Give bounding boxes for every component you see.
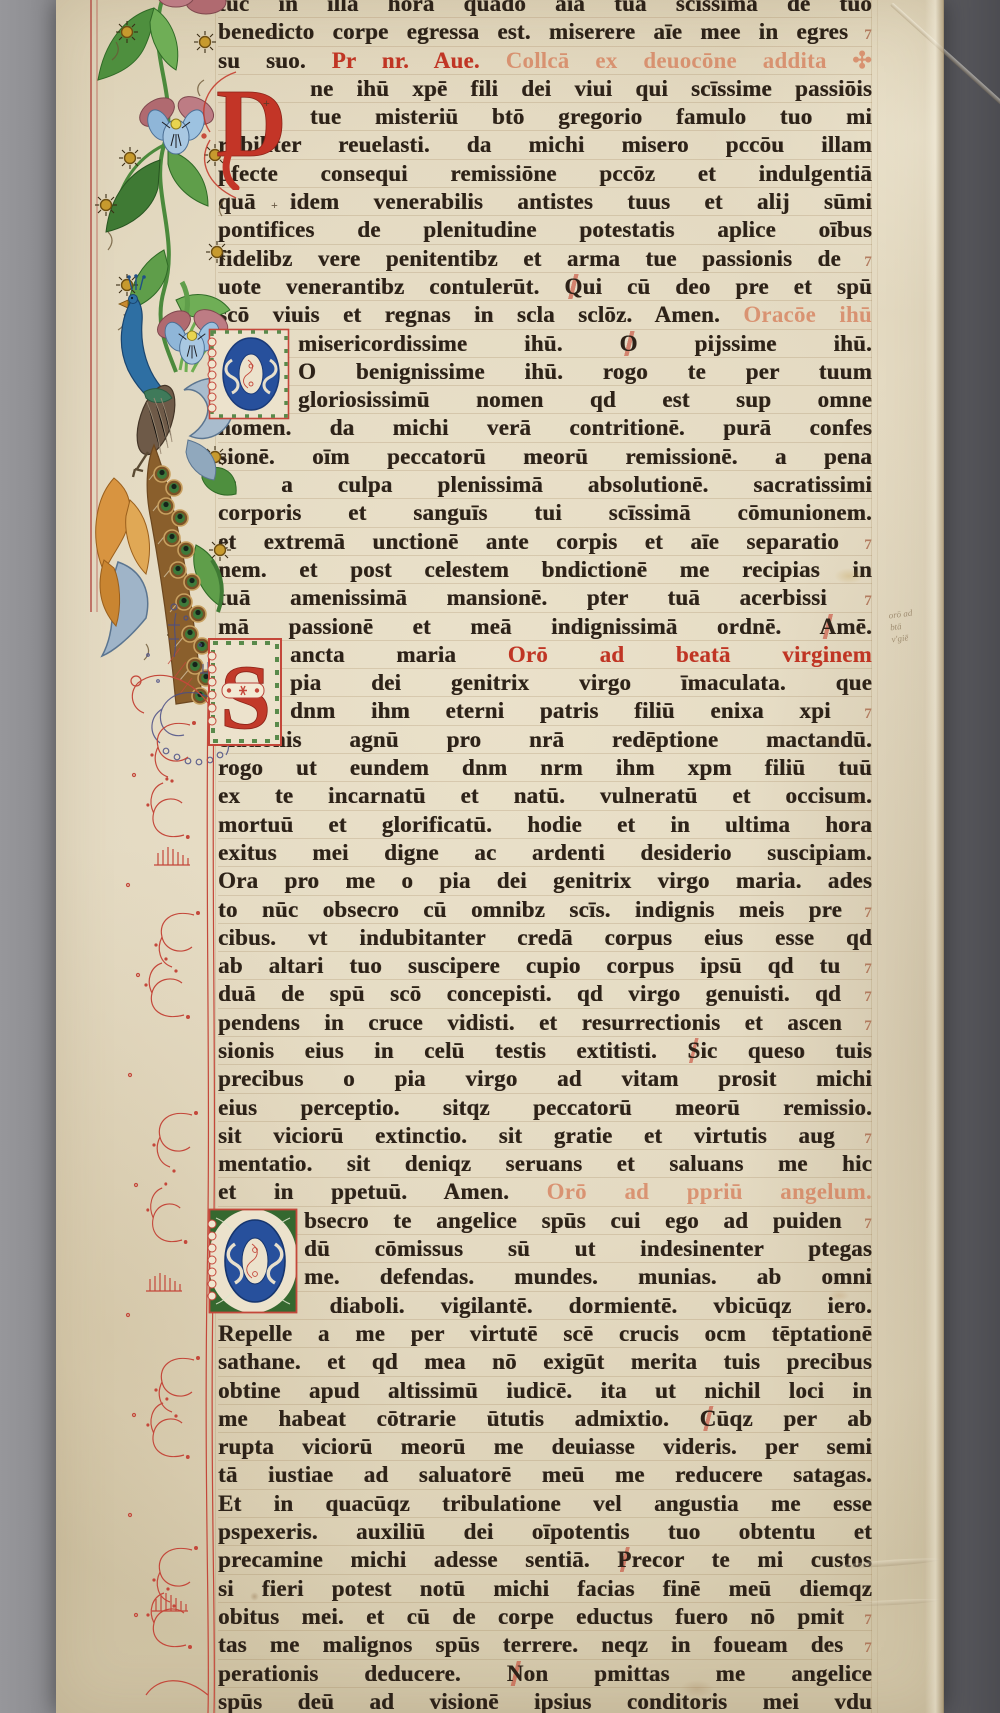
text-line: to nūc obsecro cū omnibz scīs. indignis … [218, 896, 872, 924]
text-line: pfecte consequi remissiōne pccōz et indu… [218, 160, 872, 188]
body-text: Q [564, 274, 582, 299]
body-text: P [617, 1547, 631, 1572]
body-text: N [507, 1661, 524, 1686]
page-edge [925, 0, 944, 1713]
text-line: precamine michi adesse sentiā. Precor te… [218, 1546, 872, 1574]
penwork-flourish-red [127, 675, 215, 1713]
text-line: incursu diaboli. vigilantē. dormientē. v… [218, 1292, 872, 1320]
body-text: eius perceptio. sitqz peccatorū meorū re… [218, 1095, 872, 1120]
body-text: dnm ihm eterni patris filiū enixa xpi [290, 698, 831, 723]
text-line: ab altari tuo suscipere cupio corpus ips… [218, 952, 872, 980]
text-line: si fieri potest notū michi facias finē m… [218, 1575, 872, 1603]
body-text: 7 [842, 1216, 872, 1232]
text-line: rupta viciorū meorū me deuiasse videris.… [218, 1433, 872, 1461]
body-text: 7 [827, 593, 872, 609]
body-text: sionis eius in celū testis extitisti. [218, 1038, 687, 1063]
text-line: tā iustiae ad saluatorē meū me reducere … [218, 1461, 872, 1489]
stain [250, 1592, 259, 1601]
text-column: tūc in illa hora quādo aīa tua scīssima … [218, 0, 872, 1713]
text-line: precibus o pia virgo ad vitam prosit mic… [218, 1065, 872, 1093]
text-line: sionē. oīm peccatorū meorū remissionē. a… [218, 443, 872, 471]
text-line: me. defendas. mundes. munias. ab omni [218, 1263, 872, 1291]
body-text: pontifices de plenitudine potestatis apl… [218, 217, 872, 242]
body-text: sionē. oīm peccatorū meorū remissionē. a… [218, 444, 872, 469]
body-text: dū cōmissus sū ut indesinenter ptegas [304, 1236, 872, 1261]
body-text: et in ppetuū. Amen. [218, 1179, 547, 1204]
text-line: spūs deū ad visionē ipsius conditoris me… [218, 1688, 872, 1713]
body-text: pfecte consequi remissiōne pccōz et indu… [218, 161, 872, 186]
body-text: ancta maria [290, 642, 508, 667]
text-line: nem. et post celestem bndictionē me reci… [218, 556, 872, 584]
body-text: gloriosissimū nomen qd est sup omne [298, 387, 872, 412]
text-line: eius perceptio. sitqz peccatorū meorū re… [218, 1094, 872, 1122]
text-line: Ora pro me o pia dei genitrix virgo mari… [218, 867, 872, 895]
body-text: benedicto corpe egressa est. miserere aī… [218, 19, 848, 44]
body-text: S [687, 1038, 700, 1063]
body-text: 7 [842, 1018, 872, 1034]
text-line: et a culpa plenissimā absolutionē. sacra… [218, 471, 872, 499]
body-text: sathane. et qd mea nō exigūt merita tuis… [218, 1349, 872, 1374]
text-line: bsecro te angelice spūs cui ego ad puide… [218, 1207, 872, 1235]
body-text: Ora pro me o pia dei genitrix virgo mari… [218, 868, 872, 893]
body-text: O [620, 331, 638, 356]
text-line: rabiliter reuelasti. da michi misero pcc… [218, 131, 872, 159]
text-line: corporis et sanguīs tui scīssimā cōmunio… [218, 499, 872, 527]
body-text: 7 [843, 1640, 872, 1656]
text-line: gloriosissimū nomen qd est sup omne [218, 386, 872, 414]
body-text: mentatio. sit deniqz seruans et saluans … [218, 1151, 872, 1176]
body-text: obtine apud altissimū iudicē. ita ut nic… [218, 1378, 872, 1403]
corrector-mark: + [271, 198, 278, 213]
text-line: et in ppetuū. Amen. Orō ad ppriū angelum… [218, 1178, 872, 1206]
text-line: Repelle a me per virtutē scē crucis ocm … [218, 1320, 872, 1348]
body-text: Et in quacūqz tribulatione vel angustia … [218, 1491, 872, 1516]
body-text: A [819, 614, 836, 639]
text-line: sionis eius in celū testis extitisti. Si… [218, 1037, 872, 1065]
corrector-mark: + [266, 28, 273, 43]
body-text: precibus o pia virgo ad vitam prosit mic… [218, 1066, 872, 1091]
body-text: pijssime ihū. [638, 331, 872, 356]
body-text: exitus mei digne ac ardenti desiderio su… [218, 840, 872, 865]
text-line: su suo. Pr nr. Aue. Collcā ex deuocōne a… [218, 47, 872, 75]
body-text: 7 [839, 537, 872, 553]
body-text: ab altari tuo suscipere cupio corpus ips… [218, 953, 840, 978]
body-text: recor te mi custos [632, 1547, 872, 1572]
body-text: precamine michi adesse sentiā. [218, 1547, 617, 1572]
body-text: 7 [844, 1612, 872, 1628]
body-text: rogo ut eundem dnm nrm ihm xpm filiū tuū [218, 755, 872, 780]
text-line: perationis deducere. Non pmittas me ange… [218, 1660, 872, 1688]
body-text: tue misteriū btō gregorio famulo tuo mi [310, 104, 872, 129]
body-text: tā iustiae ad saluatorē meū me reducere … [218, 1462, 872, 1487]
body-text: sit viciorū extinctio. sit gratie et vir… [218, 1123, 835, 1148]
text-line: mā passionē et meā indignissimā ordnē. A… [218, 613, 872, 641]
initial-d: D [214, 68, 306, 190]
body-text: mortuū et glorificatū. hodie et in ultim… [218, 812, 872, 837]
photo-backdrop-right [944, 0, 1000, 1713]
body-text: 7 [841, 254, 872, 270]
text-line: uote venerantibz contulerūt. Qui cū deo … [218, 273, 872, 301]
corrector-mark: + [263, 96, 270, 111]
text-line: tuā amenissimā mansionē. pter tuā acerbi… [218, 584, 872, 612]
text-line: me habeat cōtrarie ūtutis admixtio. Cūqz… [218, 1405, 872, 1433]
text-line: misericordissime ihū. O pijssime ihū. [218, 330, 872, 358]
stain [828, 736, 839, 747]
stain [834, 568, 864, 584]
body-text: nem. et post celestem bndictionē me reci… [218, 557, 872, 582]
text-line: tue misteriū btō gregorio famulo tuo mi [218, 103, 872, 131]
text-line: Et in quacūqz tribulatione vel angustia … [218, 1490, 872, 1518]
body-text: uote venerantibz contulerūt. [218, 274, 564, 299]
ruling-right-2 [877, 0, 878, 1713]
text-line: dū cōmissus sū ut indesinenter ptegas [218, 1235, 872, 1263]
rubric-text: Orō ad beatā virginem [508, 642, 872, 667]
text-line: ne ihū xpē fili dei viui qui scīssime pa… [218, 75, 872, 103]
text-line: ancta maria Orō ad beatā virginem [218, 641, 872, 669]
text-line: et extremā unctionē ante corpis et aīe s… [218, 528, 872, 556]
body-text: fidelibz vere penitentibz et arma tue pa… [218, 246, 841, 271]
text-line: sit viciorū extinctio. sit gratie et vir… [218, 1122, 872, 1150]
rubric-text: Orō ad ppriū angelum. [547, 1179, 872, 1204]
text-line: mortuū et glorificatū. hodie et in ultim… [218, 811, 872, 839]
stain [850, 795, 863, 805]
text-line: mentatio. sit deniqz seruans et saluans … [218, 1150, 872, 1178]
text-line: O benignissime ihū. rogo te per tuum [218, 358, 872, 386]
body-text: scō viuis et regnas in scla sclōz. Amen. [218, 302, 743, 327]
stain [828, 1290, 850, 1301]
body-text: rupta viciorū meorū me deuiasse videris.… [218, 1434, 872, 1459]
text-line: fidelibz vere penitentibz et arma tue pa… [218, 245, 872, 273]
text-line: nomen. da michi verā contritionē. purā c… [218, 414, 872, 442]
body-text: ciationis agnū pro nrā redēptione mactan… [218, 727, 872, 752]
text-line: pendens in cruce vidisti. et resurrectio… [218, 1009, 872, 1037]
text-line: sathane. et qd mea nō exigūt merita tuis… [218, 1348, 872, 1376]
body-text: bsecro te angelice spūs cui ego ad puide… [304, 1208, 842, 1233]
body-text: ne ihū xpē fili dei viui qui scīssime pa… [310, 76, 872, 101]
body-text: 7 [841, 989, 872, 1005]
body-text: mā passionē et meā indignissimā ordnē. [218, 614, 819, 639]
body-text: mē. [836, 614, 872, 639]
body-text: ui cū deo pre et spū [582, 274, 872, 299]
body-text: 7 [842, 905, 872, 921]
text-line: pia dei genitrix virgo īmaculata. que [218, 669, 872, 697]
text-line: ciationis agnū pro nrā redēptione mactan… [218, 726, 872, 754]
body-text: me. defendas. mundes. munias. ab omni [304, 1264, 872, 1289]
body-text: ex te incarnatū et natū. vulneratū et oc… [218, 783, 872, 808]
body-text: rabiliter reuelasti. da michi misero pcc… [218, 132, 872, 157]
body-text: pspexeris. auxiliū dei oīpotentis tuo ob… [218, 1519, 872, 1544]
body-text: misericordissime ihū. [298, 331, 620, 356]
body-text: spūs deū ad visionē ipsius conditoris me… [218, 1689, 872, 1713]
rubric-text: Pr nr. Aue. [332, 48, 506, 73]
text-line: tas me malignos spūs terrere. neqz in fo… [218, 1631, 872, 1659]
text-line: quā idem venerabilis antistes tuus et al… [218, 188, 872, 216]
body-text: tuā amenissimā mansionē. pter tuā acerbi… [218, 585, 827, 610]
body-text: 7 [831, 706, 872, 722]
penwork-flourish-margin [88, 585, 238, 1713]
body-text: ūqz per ab [716, 1406, 872, 1431]
body-text: duā de spū scō concepisti. qd virgo genu… [218, 981, 841, 1006]
body-text: C [700, 1406, 717, 1431]
body-text: pia dei genitrix virgo īmaculata. que [290, 670, 872, 695]
body-text: Repelle a me per virtutē scē crucis ocm … [218, 1321, 872, 1346]
body-text: ic queso tuis [700, 1038, 872, 1063]
text-line: ex te incarnatū et natū. vulneratū et oc… [218, 782, 872, 810]
text-line: obitus mei. et cū de corpe eductus fuero… [218, 1603, 872, 1631]
text-line: dnm ihm eterni patris filiū enixa xpi 7 [218, 697, 872, 725]
text-line: tūc in illa hora quādo aīa tua scīssima … [218, 0, 872, 18]
corrector-mark: + [274, 54, 281, 69]
initial-s-sancta: S [206, 636, 284, 748]
body-text: 7 [835, 1131, 872, 1147]
body-text: 7 [840, 961, 872, 977]
body-text: O benignissime ihū. rogo te per tuum [298, 359, 872, 384]
text-line: scō viuis et regnas in scla sclōz. Amen.… [218, 301, 872, 329]
body-text: et extremā unctionē ante corpis et aīe s… [218, 529, 839, 554]
stain [680, 1680, 714, 1698]
rubric-text: Oracōe ihū [743, 302, 872, 327]
body-text: to nūc obsecro cū omnibz scīs. indignis … [218, 897, 842, 922]
body-text: et a culpa plenissimā absolutionē. sacra… [218, 472, 872, 497]
body-text: perationis deducere. [218, 1661, 507, 1686]
body-text: cibus. vt indubitanter credā corpus eius… [218, 925, 872, 950]
text-line: duā de spū scō concepisti. qd virgo genu… [218, 980, 872, 1008]
text-line: exitus mei digne ac ardenti desiderio su… [218, 839, 872, 867]
text-line: cibus. vt indubitanter credā corpus eius… [218, 924, 872, 952]
text-line: rogo ut eundem dnm nrm ihm xpm filiū tuū [218, 754, 872, 782]
body-text: tas me malignos spūs terrere. neqz in fo… [218, 1632, 843, 1657]
text-line: benedicto corpe egressa est. miserere aī… [218, 18, 872, 46]
body-text: corporis et sanguīs tui scīssimā cōmunio… [218, 500, 872, 525]
manuscript-photo: tūc in illa hora quādo aīa tua scīssima … [0, 0, 1000, 1713]
text-line: pontifices de plenitudine potestatis apl… [218, 216, 872, 244]
body-text: 7 [848, 27, 872, 43]
body-text: tūc in illa hora quādo aīa tua scīssima … [218, 0, 872, 16]
body-text: obitus mei. et cū de corpe eductus fuero… [218, 1604, 844, 1629]
body-text: incursu diaboli. vigilantē. dormientē. v… [218, 1293, 872, 1318]
body-text: nomen. da michi verā contritionē. purā c… [218, 415, 872, 440]
body-text: si fieri potest notū michi facias finē m… [218, 1576, 872, 1601]
initial-o-obsecro [206, 1206, 300, 1316]
initial-o-misericordissime [206, 326, 292, 422]
rubric-text: Collcā ex deuocōne addita ✣ [506, 48, 872, 73]
text-line: obtine apud altissimū iudicē. ita ut nic… [218, 1377, 872, 1405]
text-line: pspexeris. auxiliū dei oīpotentis tuo ob… [218, 1518, 872, 1546]
body-text: quā idem venerabilis antistes tuus et al… [218, 189, 872, 214]
marginal-note: orō adbtāv'giē [888, 607, 916, 646]
body-text: me habeat cōtrarie ūtutis admixtio. [218, 1406, 700, 1431]
body-text: pendens in cruce vidisti. et resurrectio… [218, 1010, 842, 1035]
